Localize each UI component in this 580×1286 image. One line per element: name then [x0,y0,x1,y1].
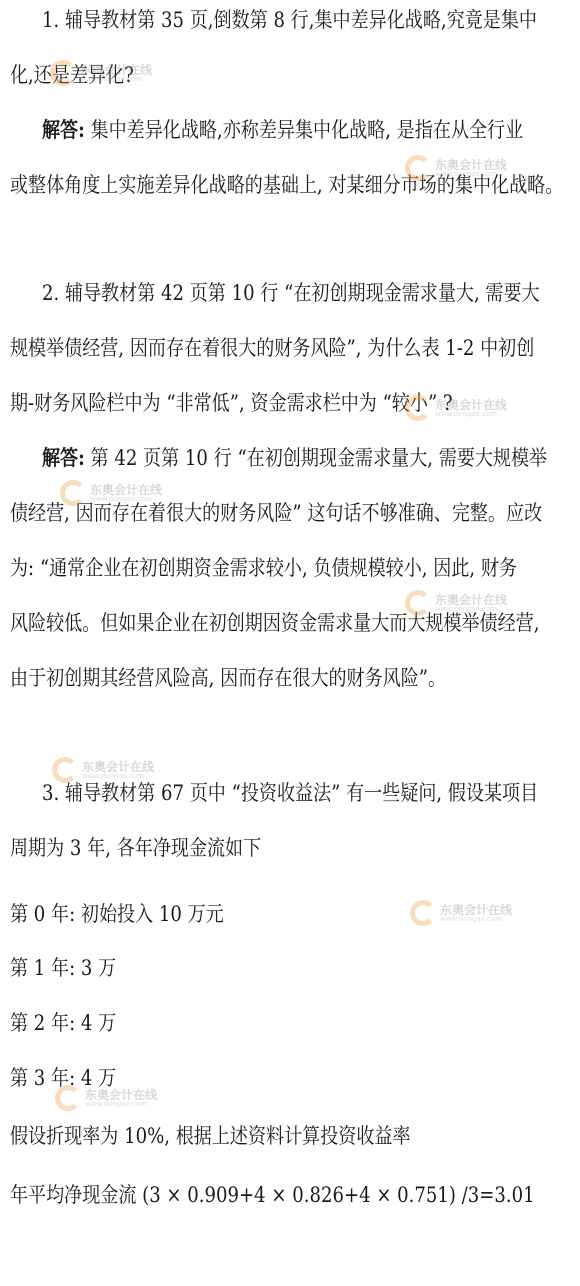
a2-line-1: 解答: 第 42 页第 10 行 “在初创期现金需求量大, 需要大规模举 [42,445,547,471]
assumption-line: 假设折现率为 10%, 根据上述资料计算投资收益率 [10,1123,411,1149]
a1-line-1: 解答: 集中差异化战略,亦称差异集中化战略, 是指在从全行业 [42,117,523,143]
q3-line-2: 周期为 3 年, 各年净现金流如下 [10,835,261,861]
a2-line-2: 债经营, 因而存在着很大的财务风险” 这句话不够准确、完整。应改 [10,500,542,526]
q1-line-1: 1. 辅导教材第 35 页,倒数第 8 行,集中差异化战略,究竟是集中 [42,7,537,33]
a1-line-2: 或整体角度上实施差异化战略的基础上, 对某细分市场的集中化战略。 [10,172,563,198]
a2-line-4: 风险较低。但如果企业在初创期因资金需求量大而大规模举债经营, [10,610,539,636]
q1-line-2: 化,还是差异化? [10,62,134,88]
watermark-logo-icon [410,900,436,926]
answer-text: 集中差异化战略,亦称差异集中化战略, 是指在从全行业 [85,118,523,142]
q3-line-1: 3. 辅导教材第 67 页中 “投资收益法” 有一些疑问, 假设某项目 [42,780,538,806]
q2-line-3: 期-财务风险栏中为 “非常低”, 资金需求栏中为 “较小” ? [10,390,453,416]
answer-text: 第 42 页第 10 行 “在初创期现金需求量大, 需要大规模举 [85,446,547,470]
watermark: 东奥会计在线www.dongao.com [410,900,512,926]
answer-label: 解答: [42,445,85,470]
q2-line-1: 2. 辅导教材第 42 页第 10 行 “在初创期现金需求量大, 需要大 [42,280,540,306]
q2-line-2: 规模举债经营, 因而存在着很大的财务风险”, 为什么表 1-2 中初创 [10,335,534,361]
cash-flow-year-0: 第 0 年: 初始投入 10 万元 [10,901,224,927]
formula-line: 年平均净现金流 (3 × 0.909+4 × 0.826+4 × 0.751) … [10,1182,535,1208]
cash-flow-year-3: 第 3 年: 4 万 [10,1065,116,1091]
a2-line-5: 由于初创期其经营风险高, 因而存在很大的财务风险”。 [10,665,446,691]
cash-flow-year-1: 第 1 年: 3 万 [10,955,116,981]
answer-label: 解答: [42,117,85,142]
cash-flow-year-2: 第 2 年: 4 万 [10,1010,116,1036]
a2-line-3: 为: “通常企业在初创期资金需求较小, 负债规模较小, 因此, 财务 [10,555,517,581]
